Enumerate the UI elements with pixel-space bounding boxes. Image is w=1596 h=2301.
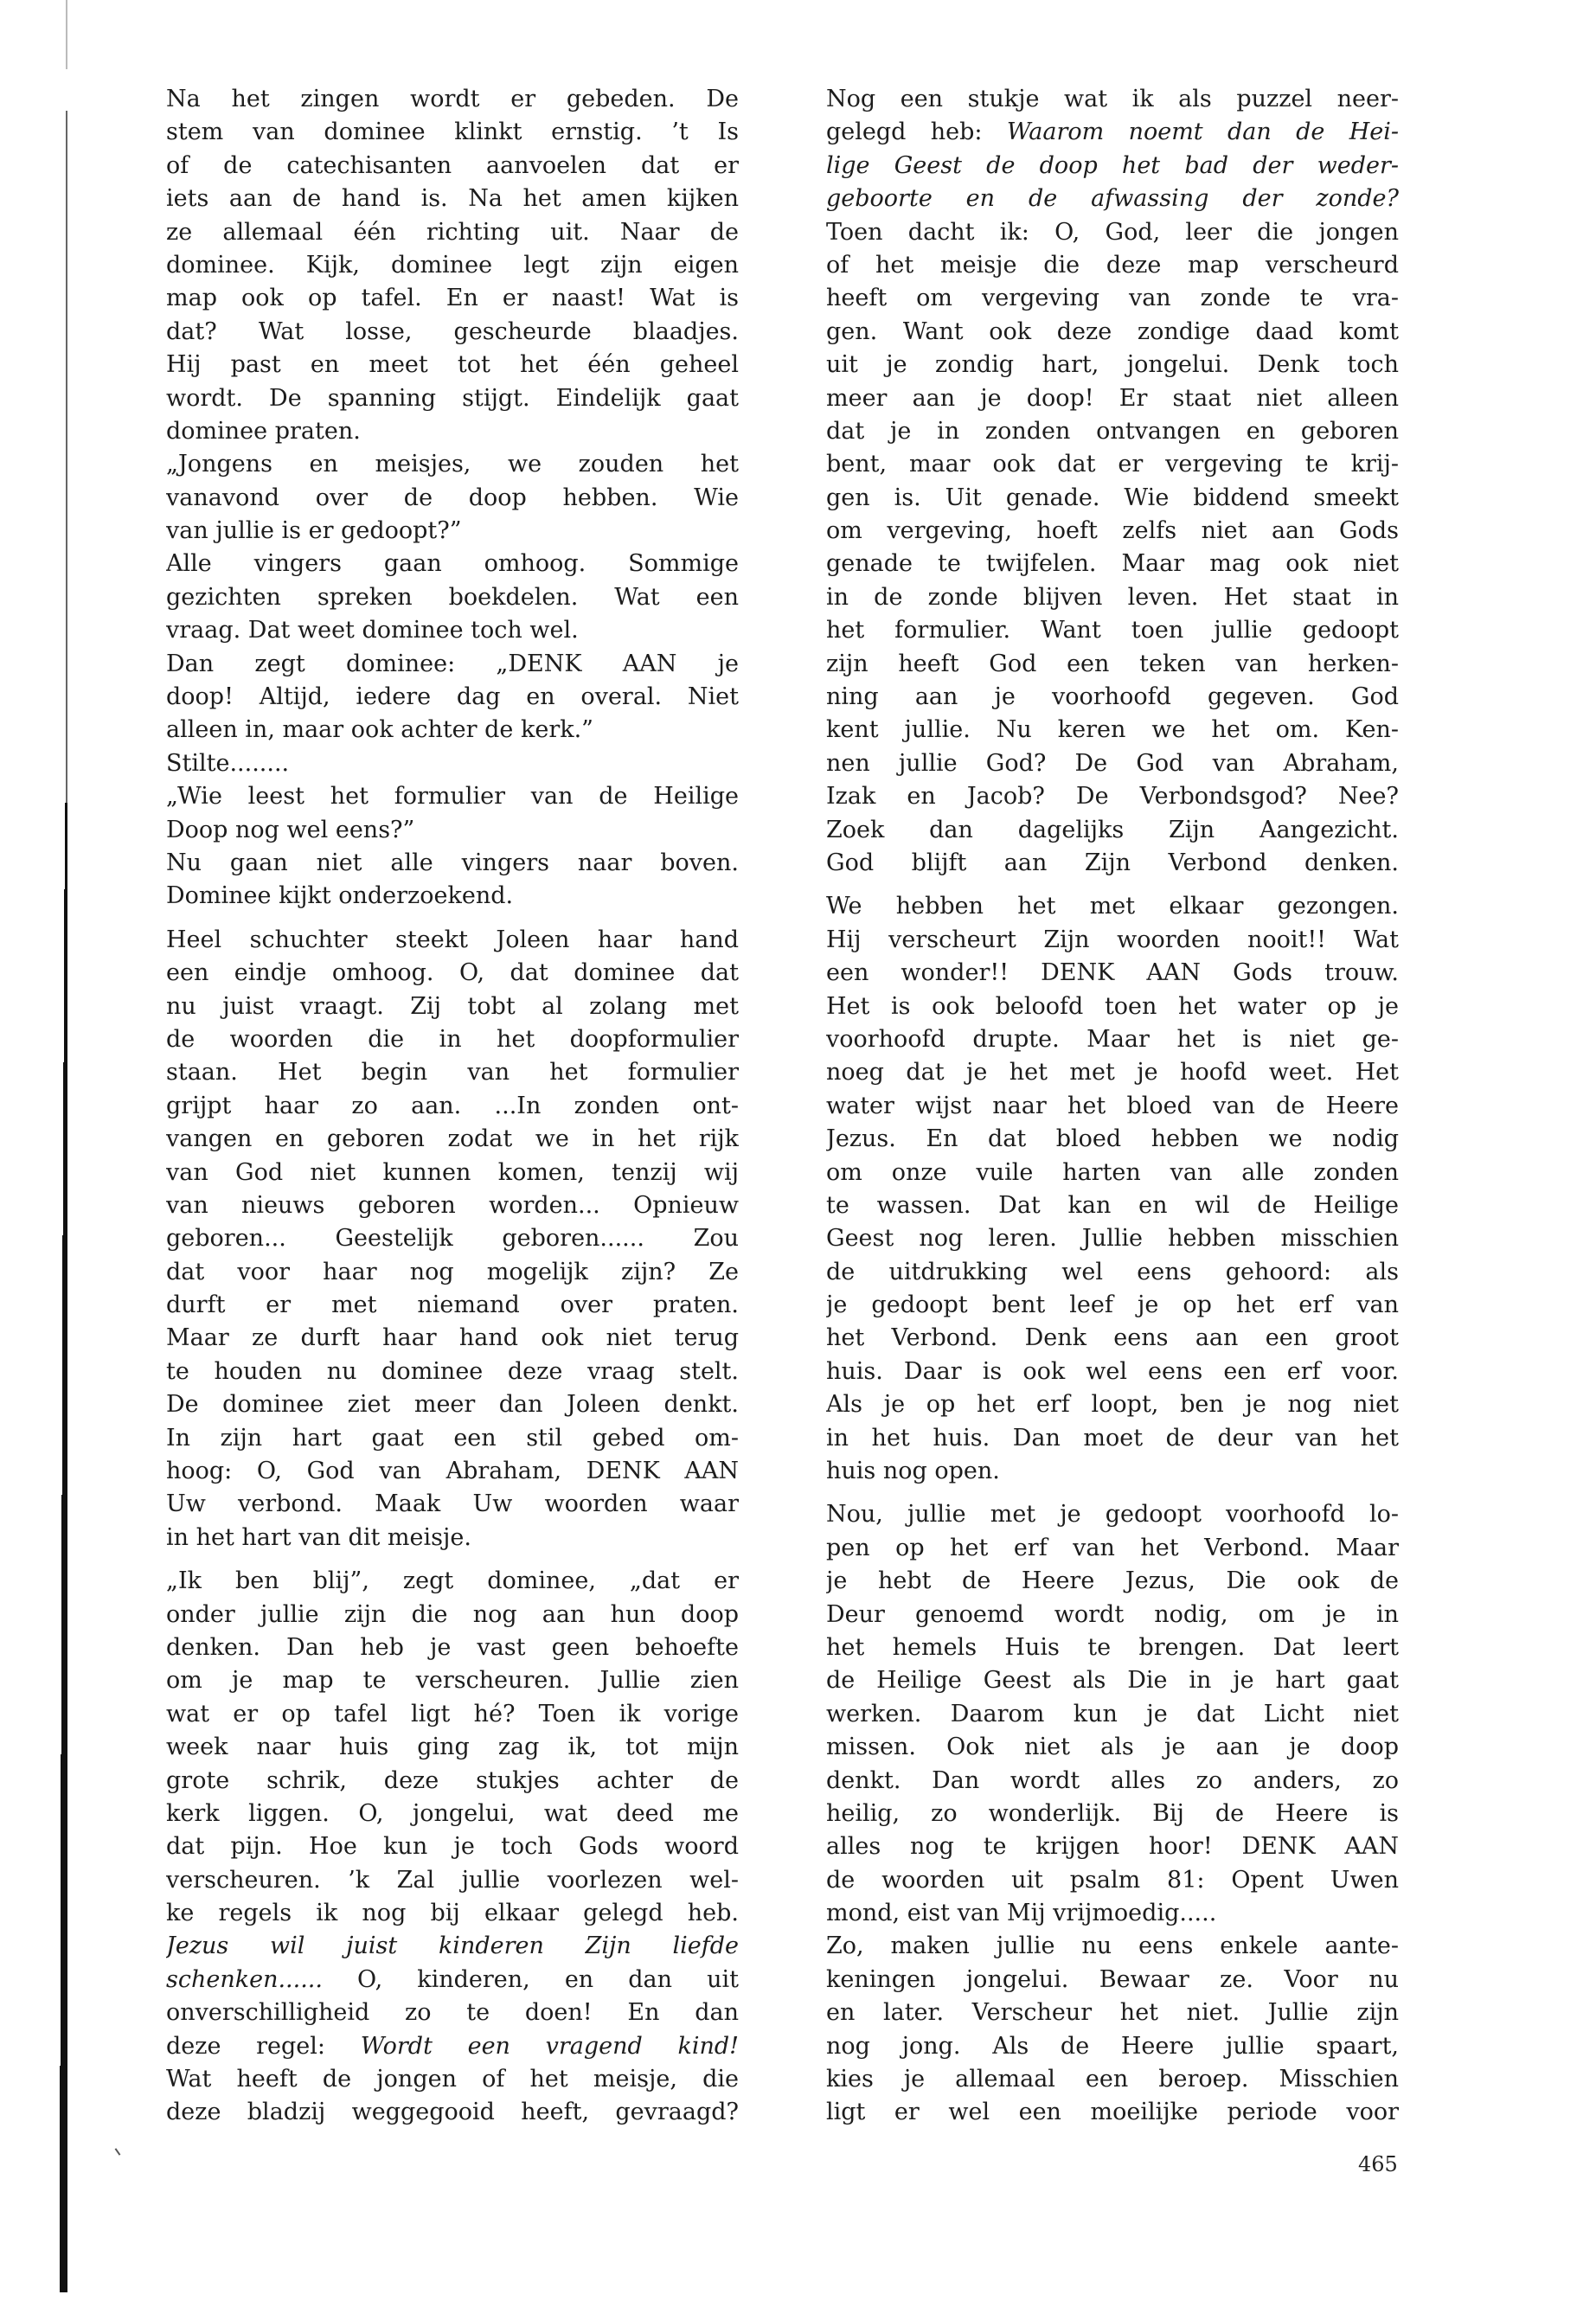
text-line: noeg dat je het met je hoofd weet. Het [826,1056,1399,1089]
italic-quote-line: Jezus wil juist kinderen Zijn liefde [166,1930,739,1963]
text-line: doop! Altijd, iedere dag en overal. Niet [166,681,739,714]
text-line: zijn heeft God een teken van herken- [826,648,1399,681]
text-line: iets aan de hand is. Na het amen kijken [166,183,739,215]
text-line: ke regels ik nog bij elkaar gelegd heb. [166,1897,739,1930]
text-fragment: O, kinderen, en dan uit [323,1966,739,1993]
text-line: denkt. Dan wordt alles zo anders, zo [826,1765,1399,1798]
text-line: water wijst naar het bloed van de Heere [826,1090,1399,1123]
text-line: dat pijn. Hoe kun je toch Gods woord [166,1830,739,1863]
text-line: Toen dacht ik: O, God, leer die jongen [826,216,1399,249]
text-line: uit je zondig hart, jongelui. Denk toch [826,349,1399,381]
text-line: deze regel: Wordt een vragend kind! [166,2030,739,2063]
text-line: map ook op tafel. En er naast! Wat is [166,282,739,315]
text-line: Dominee kijkt onderzoekend. [166,880,739,913]
text-line: de uitdrukking wel eens gehoord: als [826,1256,1399,1289]
text-line: om vergeving, hoeft zelfs niet aan Gods [826,515,1399,548]
text-line: week naar huis ging zag ik, tot mijn [166,1731,739,1764]
text-line: gezichten spreken boekdelen. Wat een [166,581,739,614]
text-line: schenken...... O, kinderen, en dan uit [166,1964,739,1997]
text-line: alleen in, maar ook achter de kerk.” [166,714,739,747]
text-line: Jezus. En dat bloed hebben we nodig [826,1123,1399,1156]
text-line: ning aan je voorhoofd gegeven. God [826,681,1399,714]
text-line: hoog: O, God van Abraham, DENK AAN [166,1455,739,1488]
paragraph-gap [166,913,739,924]
text-line: te wassen. Dat kan en wil de Heilige [826,1189,1399,1222]
text-line: kent jullie. Nu keren we het om. Ken- [826,714,1399,747]
text-line: heilig, zo wonderlijk. Bij de Heere is [826,1798,1399,1830]
text-line: in de zonde blijven leven. Het staat in [826,581,1399,614]
text-line: Nu gaan niet alle vingers naar boven. [166,847,739,880]
text-line: Geest nog leren. Jullie hebben misschien [826,1222,1399,1255]
text-line: vanavond over de doop hebben. Wie [166,482,739,515]
text-line: om onze vuile harten van alle zonden [826,1157,1399,1189]
italic-quote-line: geboorte en de afwassing der zonde? [826,183,1399,215]
left-column: Na het zingen wordt er gebeden. De stem … [166,83,739,2130]
text-line: Heel schuchter steekt Joleen haar hand [166,924,739,957]
text-line: „Wie leest het formulier van de Heilige [166,780,739,813]
text-line: Nog een stukje wat ik als puzzel neer- [826,83,1399,116]
text-line: stem van dominee klinkt ernstig. ’t Is [166,116,739,149]
text-line: Stilte........ [166,747,739,780]
text-line: een eindje omhoog. O, dat dominee dat [166,957,739,990]
text-line: alles nog te krijgen hoor! DENK AAN [826,1830,1399,1863]
text-line: van jullie is er gedoopt?” [166,515,739,548]
text-line: of het meisje die deze map verscheurd [826,249,1399,282]
text-line: en later. Verscheur het niet. Jullie zij… [826,1997,1399,2029]
text-line: Dan zegt dominee: „DENK AAN je [166,648,739,681]
text-line: genade te twijfelen. Maar mag ook niet [826,548,1399,580]
text-line: God blijft aan Zijn Verbond denken. [826,847,1399,880]
text-line: heeft om vergeving van zonde te vra- [826,282,1399,315]
text-line: Izak en Jacob? De Verbondsgod? Nee? [826,780,1399,813]
text-line: dominee. Kijk, dominee legt zijn eigen [166,249,739,282]
text-line: de woorden die in het doopformulier [166,1023,739,1056]
text-line: je gedoopt bent leef je op het erf van [826,1289,1399,1322]
text-line: in het huis. Dan moet de deur van het [826,1422,1399,1455]
text-line: de woorden uit psalm 81: Opent Uwen [826,1864,1399,1897]
text-fragment: gelegd heb: [826,119,1007,145]
text-line: vraag. Dat weet dominee toch wel. [166,614,739,647]
text-line: We hebben het met elkaar gezongen. [826,890,1399,923]
text-line: Zoek dan dagelijks Zijn Aangezicht. [826,814,1399,847]
text-line: of de catechisanten aanvoelen dat er [166,150,739,183]
right-column: Nog een stukje wat ik als puzzel neer- g… [826,83,1399,2130]
text-line: Deur genoemd wordt nodig, om je in [826,1599,1399,1631]
text-line: missen. Ook niet als je aan je doop [826,1731,1399,1764]
text-line: werken. Daarom kun je dat Licht niet [826,1698,1399,1731]
scanned-page: Na het zingen wordt er gebeden. De stem … [0,0,1596,2301]
paragraph-gap [166,1554,739,1565]
text-line: grote schrik, deze stukjes achter de [166,1765,739,1798]
text-line: staan. Het begin van het formulier [166,1056,739,1089]
text-line: kerk liggen. O, jongelui, wat deed me [166,1798,739,1830]
text-line: kies je allemaal een beroep. Misschien [826,2063,1399,2096]
text-line: de Heilige Geest als Die in je hart gaat [826,1664,1399,1697]
italic-quote-line: lige Geest de doop het bad der weder- [826,150,1399,183]
page-number: 465 [1358,2152,1398,2176]
text-line: ligt er wel een moeilijke periode voor [826,2096,1399,2129]
text-line: onverschilligheid zo te doen! En dan [166,1997,739,2029]
text-line: wordt. De spanning stijgt. Eindelijk gaa… [166,382,739,415]
text-line: dat je in zonden ontvangen en geboren [826,415,1399,448]
text-line: bent, maar ook dat er vergeving te krij- [826,448,1399,481]
text-line: geboren... Geestelijk geboren...... Zou [166,1222,739,1255]
text-line: meer aan je doop! Er staat niet alleen [826,382,1399,415]
text-line: nu juist vraagt. Zij tobt al zolang met [166,990,739,1023]
text-line: mond, eist van Mij vrijmoedig..... [826,1897,1399,1930]
text-line: Als je op het erf loopt, ben je nog niet [826,1388,1399,1421]
text-line: van nieuws geboren worden... Opnieuw [166,1189,739,1222]
text-line: van God niet kunnen komen, tenzij wij [166,1157,739,1189]
text-line: gelegd heb: Waarom noemt dan de Hei- [826,116,1399,149]
text-line: keningen jongelui. Bewaar ze. Voor nu [826,1964,1399,1997]
text-line: Het is ook beloofd toen het water op je [826,990,1399,1023]
text-line: gen. Want ook deze zondige daad komt [826,316,1399,349]
text-line: Na het zingen wordt er gebeden. De [166,83,739,116]
text-line: gen is. Uit genade. Wie biddend smeekt [826,482,1399,515]
italic-quote: schenken...... [166,1966,323,1993]
text-line: huis. Daar is ook wel eens een erf voor. [826,1356,1399,1388]
text-line: „Jongens en meisjes, we zouden het [166,448,739,481]
text-line: om je map te verscheuren. Jullie zien [166,1664,739,1697]
text-line: Hij past en meet tot het één geheel [166,349,739,381]
text-line: Uw verbond. Maak Uw woorden waar [166,1488,739,1521]
text-line: Zo, maken jullie nu eens enkele aante- [826,1930,1399,1963]
paragraph-gap [826,1488,1399,1498]
text-line: nen jullie God? De God van Abraham, [826,747,1399,780]
text-line: Maar ze durft haar hand ook niet terug [166,1322,739,1355]
text-line: denken. Dan heb je vast geen behoefte [166,1631,739,1664]
text-line: Alle vingers gaan omhoog. Sommige [166,548,739,580]
text-line: onder jullie zijn die nog aan hun doop [166,1599,739,1631]
text-line: vangen en geboren zodat we in het rijk [166,1123,739,1156]
text-line: dominee praten. [166,415,739,448]
paragraph-gap [826,880,1399,890]
text-line: huis nog open. [826,1455,1399,1488]
text-line: nog jong. Als de Heere jullie spaart, [826,2030,1399,2063]
text-line: je hebt de Heere Jezus, Die ook de [826,1565,1399,1598]
text-line: Wat heeft de jongen of het meisje, die [166,2063,739,2096]
text-line: dat? Wat losse, gescheurde blaadjes. [166,316,739,349]
text-line: het Verbond. Denk eens aan een groot [826,1322,1399,1355]
text-line: wat er op tafel ligt hé? Toen ik vorige [166,1698,739,1731]
text-line: verscheuren. ’k Zal jullie voorlezen wel… [166,1864,739,1897]
text-line: „Ik ben blij”, zegt dominee, „dat er [166,1565,739,1598]
text-line: De dominee ziet meer dan Joleen denkt. [166,1388,739,1421]
text-line: een wonder!! DENK AAN Gods trouw. [826,957,1399,990]
text-line: ze allemaal één richting uit. Naar de [166,216,739,249]
text-line: durft er met niemand over praten. [166,1289,739,1322]
italic-quote: Waarom noemt dan de Hei- [1007,119,1399,145]
text-line: Doop nog wel eens?” [166,814,739,847]
text-fragment: deze regel: [166,2033,361,2060]
text-line: In zijn hart gaat een stil gebed om- [166,1422,739,1455]
text-line: pen op het erf van het Verbond. Maar [826,1532,1399,1565]
text-line: te houden nu dominee deze vraag stelt. [166,1356,739,1388]
scan-speck [115,2148,121,2156]
text-line: Hij verscheurt Zijn woorden nooit!! Wat [826,924,1399,957]
text-line: grijpt haar zo aan. ...In zonden ont- [166,1090,739,1123]
text-line: in het hart van dit meisje. [166,1522,739,1554]
text-line: voorhoofd drupte. Maar het is niet ge- [826,1023,1399,1056]
text-line: dat voor haar nog mogelijk zijn? Ze [166,1256,739,1289]
text-line: deze bladzij weggegooid heeft, gevraagd? [166,2096,739,2129]
text-line: Nou, jullie met je gedoopt voorhoofd lo- [826,1498,1399,1531]
text-line: het formulier. Want toen jullie gedoopt [826,614,1399,647]
text-line: het hemels Huis te brengen. Dat leert [826,1631,1399,1664]
italic-quote: Wordt een vragend kind! [361,2033,739,2060]
